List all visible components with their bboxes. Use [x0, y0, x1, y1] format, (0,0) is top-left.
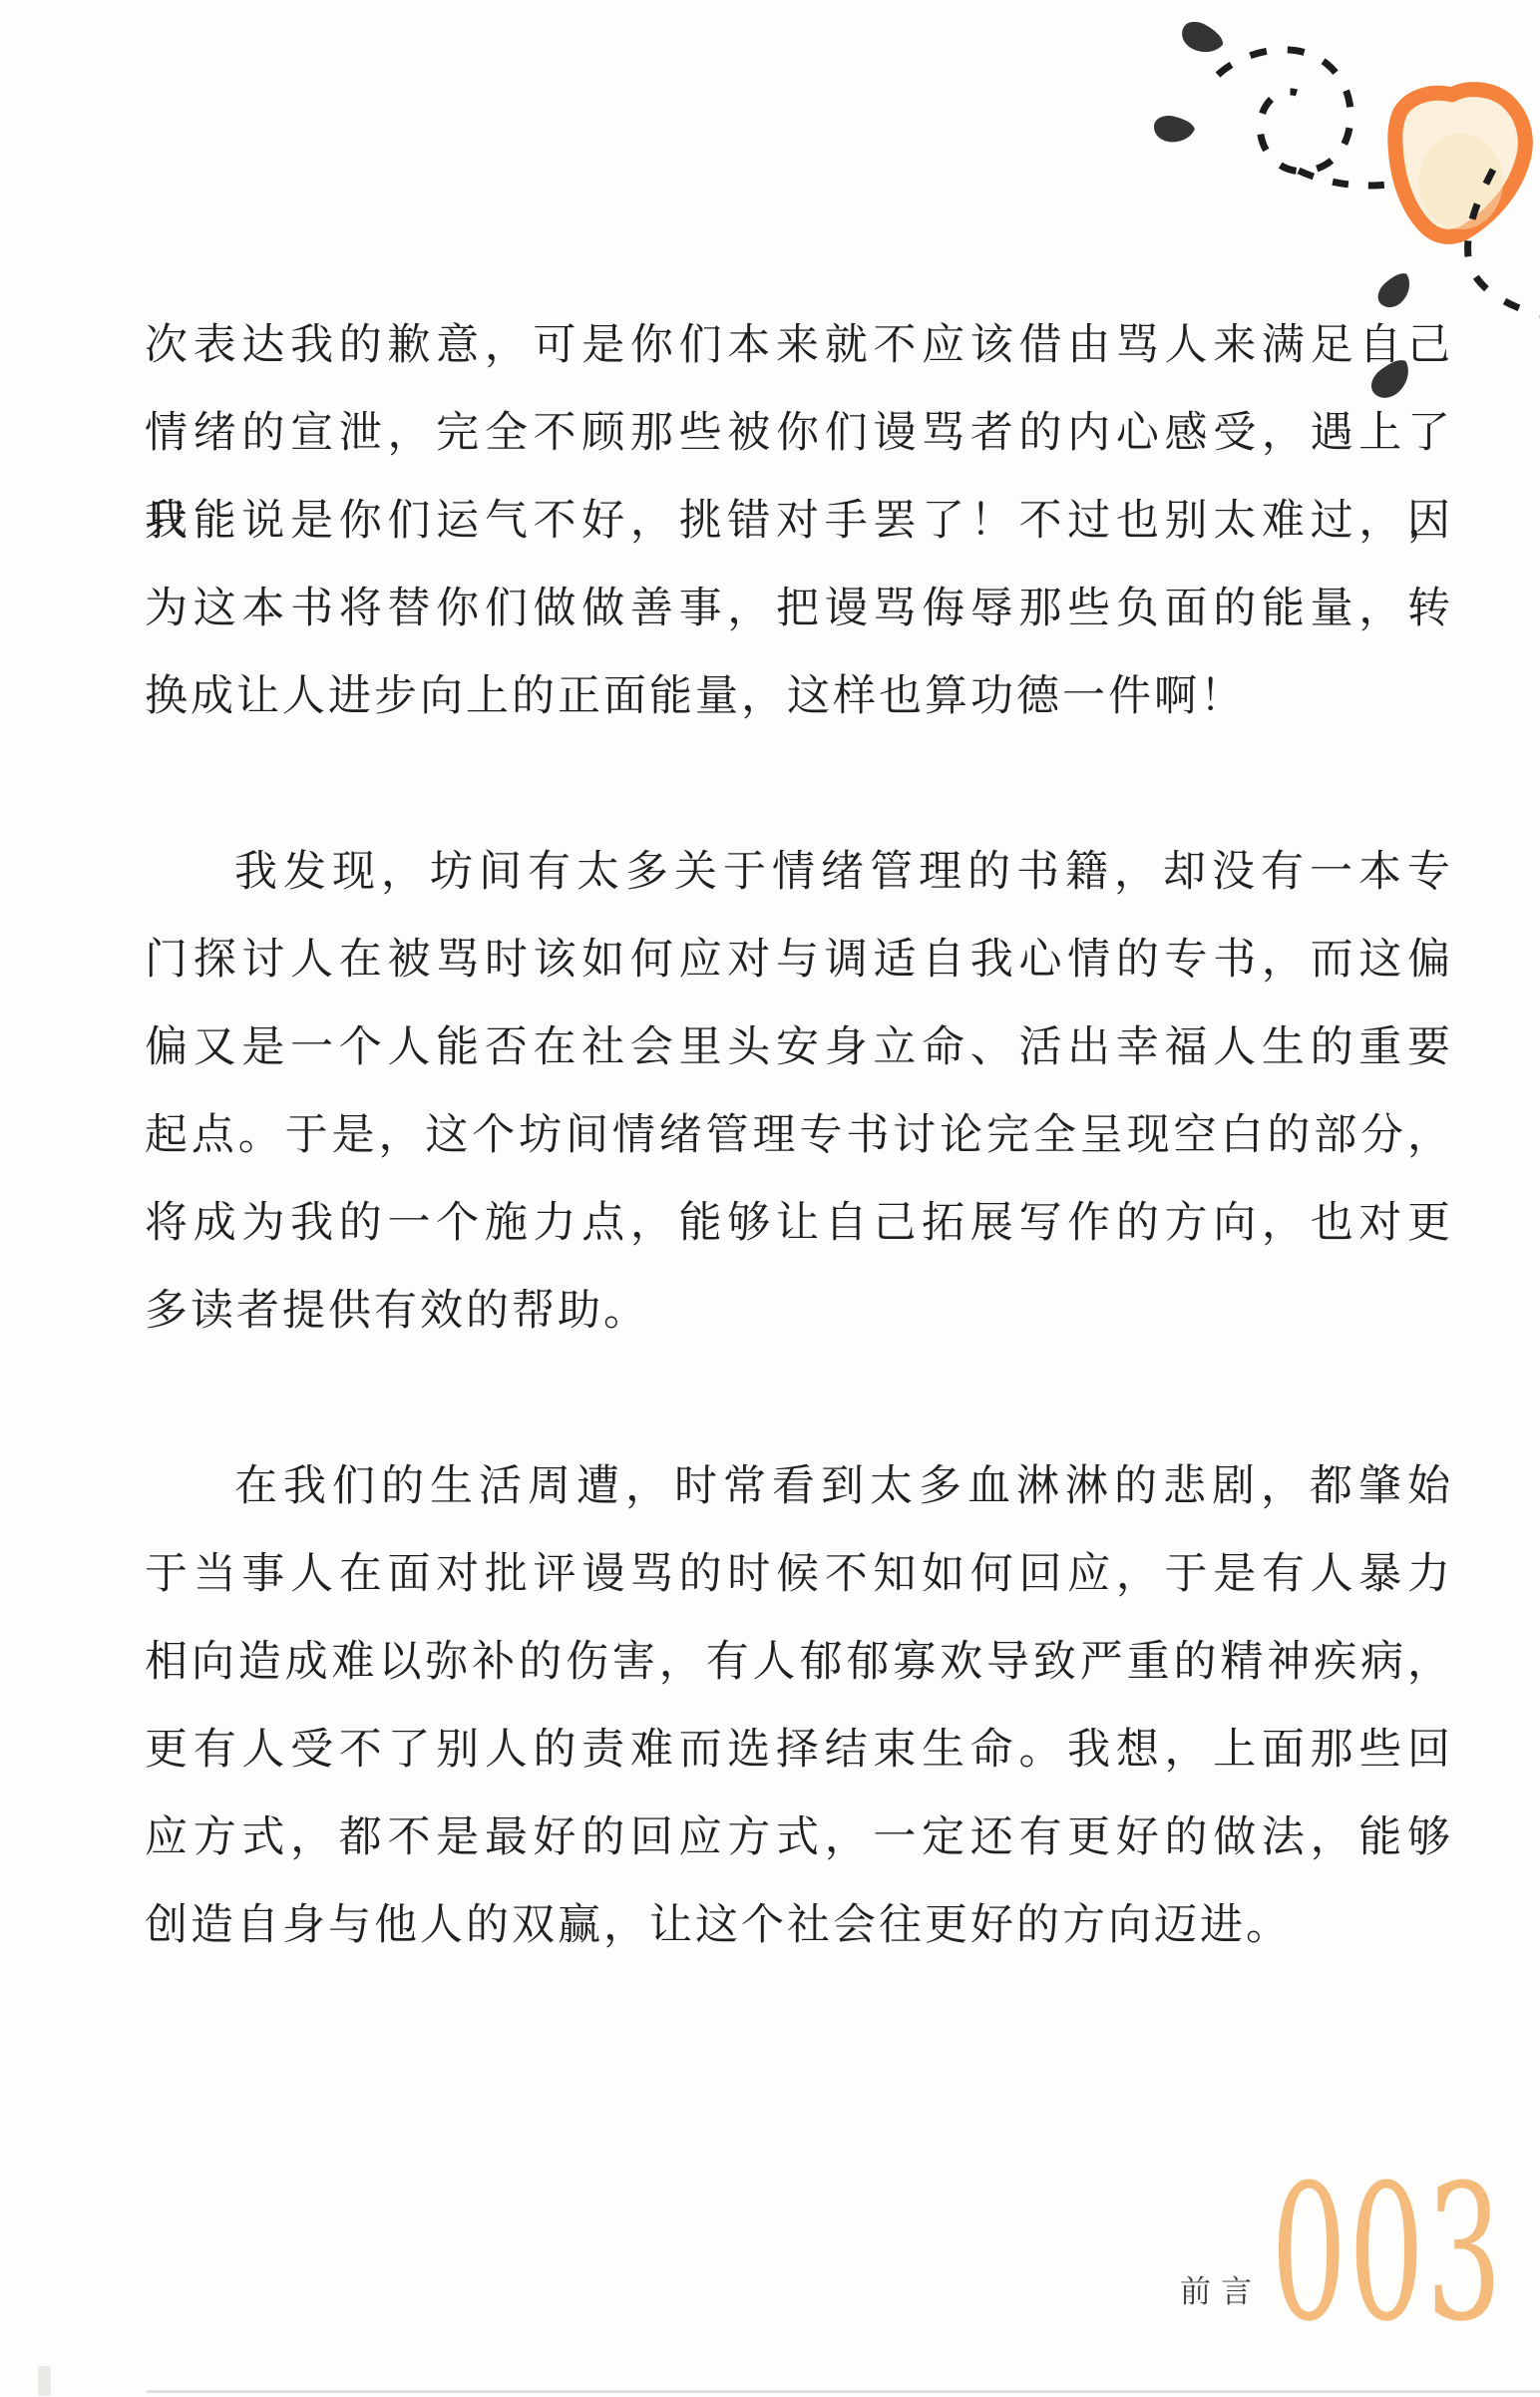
text-line: 相向造成难以弥补的伤害，有人郁郁寡欢导致严重的精神疾病， — [145, 1619, 1453, 1707]
preface-text: 次表达我的歉意，可是你们本来就不应该借由骂人来满足自己 情绪的宣泄，完全不顾那些… — [145, 302, 1453, 2058]
text-line: 应方式，都不是最好的回应方式，一定还有更好的做法，能够 — [145, 1795, 1453, 1882]
text-line: 门探讨人在被骂时该如何应对与调适自我心情的专书，而这偏 — [145, 917, 1453, 1004]
page-number: 003 — [1271, 2161, 1504, 2348]
text-line: 情绪的宣泄，完全不顾那些被你们谩骂者的内心感受，遇上了我， — [145, 390, 1453, 478]
heart-inner-shade — [1419, 134, 1503, 229]
text-line: 起点。于是，这个坊间情绪管理专书讨论完全呈现空白的部分， — [145, 1092, 1453, 1180]
text-line: 更有人受不了别人的责难而选择结束生命。我想，上面那些回 — [145, 1707, 1453, 1795]
heart-doodle — [1395, 90, 1526, 237]
text-line: 只能说是你们运气不好，挑错对手罢了！不过也别太难过，因 — [145, 478, 1453, 566]
paragraph-2: 我发现，坊间有太多关于情绪管理的书籍，却没有一本专 门探讨人在被骂时该如何应对与… — [145, 829, 1453, 1356]
dashed-trail-loop — [1218, 50, 1350, 172]
paragraph-3: 在我们的生活周遭，时常看到太多血淋淋的悲剧，都肇始 于当事人在面对批评谩骂的时候… — [145, 1443, 1453, 1970]
page-edge-line — [147, 2390, 1540, 2393]
text-line: 在我们的生活周遭，时常看到太多血淋淋的悲剧，都肇始 — [145, 1443, 1453, 1531]
text-line: 偏又是一个人能否在社会里头安身立命、活出幸福人生的重要 — [145, 1004, 1453, 1092]
text-line: 我发现，坊间有太多关于情绪管理的书籍，却没有一本专 — [145, 829, 1453, 917]
text-line: 将成为我的一个施力点，能够让自己拓展写作的方向，也对更 — [145, 1180, 1453, 1268]
book-page: 次表达我的歉意，可是你们本来就不应该借由骂人来满足自己 情绪的宣泄，完全不顾那些… — [0, 0, 1540, 2397]
text-line: 于当事人在面对批评谩骂的时候不知如何回应，于是有人暴力 — [145, 1531, 1453, 1619]
ink-drop-icon — [1178, 18, 1228, 59]
section-label: 前言 — [1180, 2266, 1262, 2311]
paragraph-1: 次表达我的歉意，可是你们本来就不应该借由骂人来满足自己 情绪的宣泄，完全不顾那些… — [145, 302, 1453, 741]
text-line: 为这本书将替你们做做善事，把谩骂侮辱那些负面的能量，转 — [145, 566, 1453, 653]
dashed-trail-horizontal — [1299, 171, 1396, 186]
dashed-trail-exit — [1468, 170, 1540, 315]
text-line: 次表达我的歉意，可是你们本来就不应该借由骂人来满足自己 — [145, 302, 1453, 390]
text-line: 多读者提供有效的帮助。 — [145, 1268, 1453, 1356]
ink-drop-icon — [1153, 115, 1195, 143]
scan-smudge — [38, 2366, 51, 2396]
text-line: 换成让人进步向上的正面能量，这样也算功德一件啊！ — [145, 653, 1453, 741]
text-line: 创造自身与他人的双赢，让这个社会往更好的方向迈进。 — [145, 1882, 1453, 1970]
